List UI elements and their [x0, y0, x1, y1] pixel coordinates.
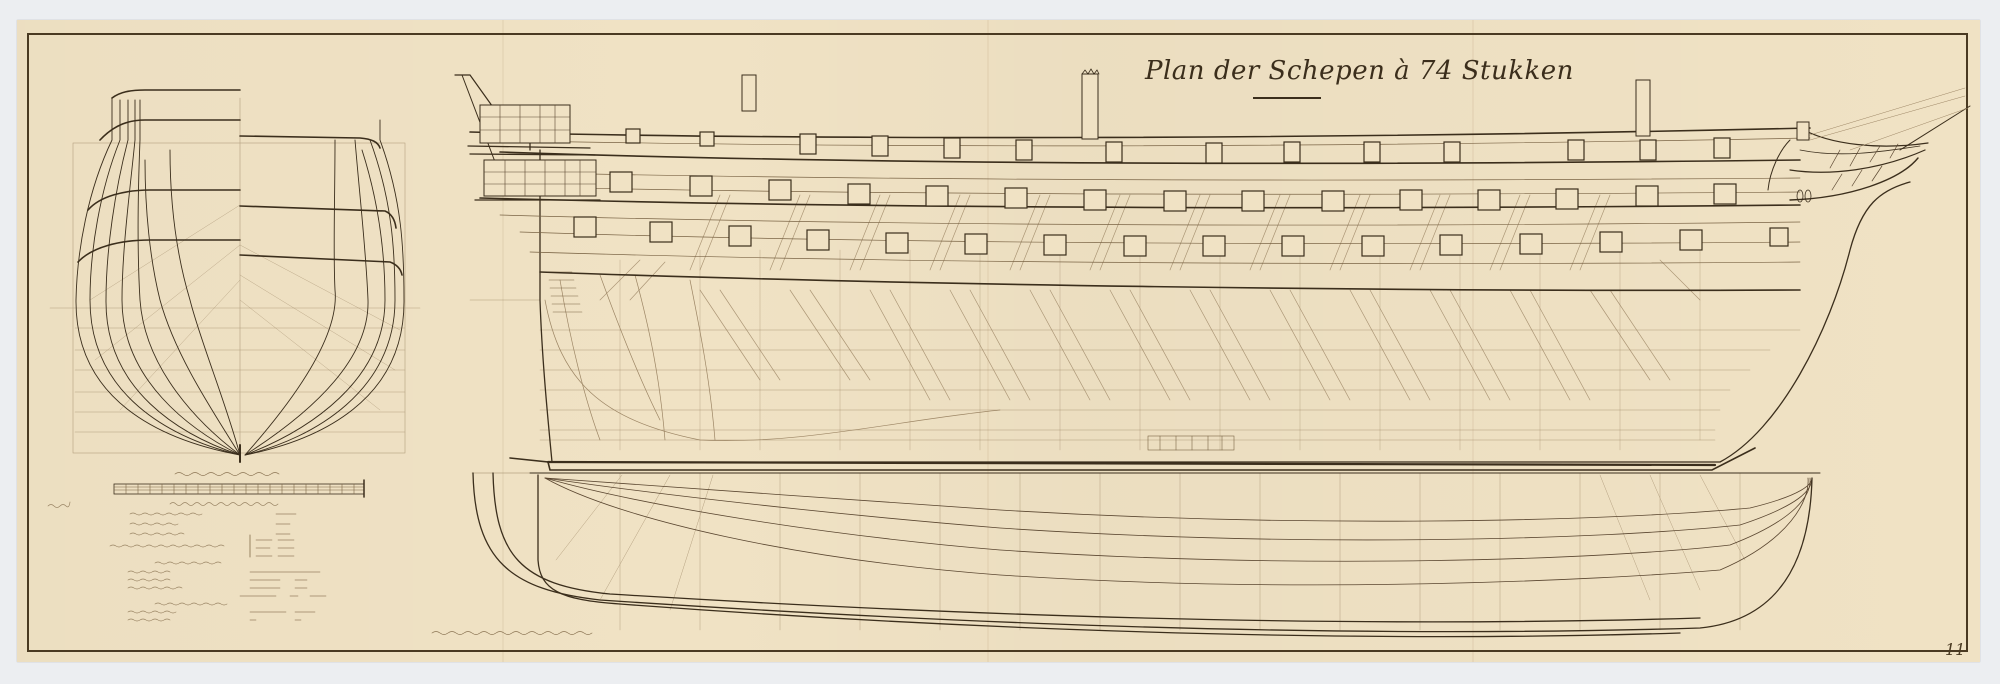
mast-stubs	[742, 69, 1650, 139]
scale-bar	[114, 473, 364, 498]
sheer-plan	[455, 69, 1970, 470]
legend-handwriting	[48, 502, 326, 621]
body-plan	[50, 90, 420, 462]
gunports-lower	[574, 217, 1788, 256]
stern-galleries	[455, 75, 600, 200]
ship-plan-drawing	[0, 0, 2000, 684]
gunports-middle	[610, 172, 1736, 211]
half-breadth-plan	[472, 473, 1820, 637]
signature-handwriting	[432, 632, 592, 635]
bow-head	[1768, 88, 1970, 202]
gunports-upper	[626, 129, 1730, 163]
